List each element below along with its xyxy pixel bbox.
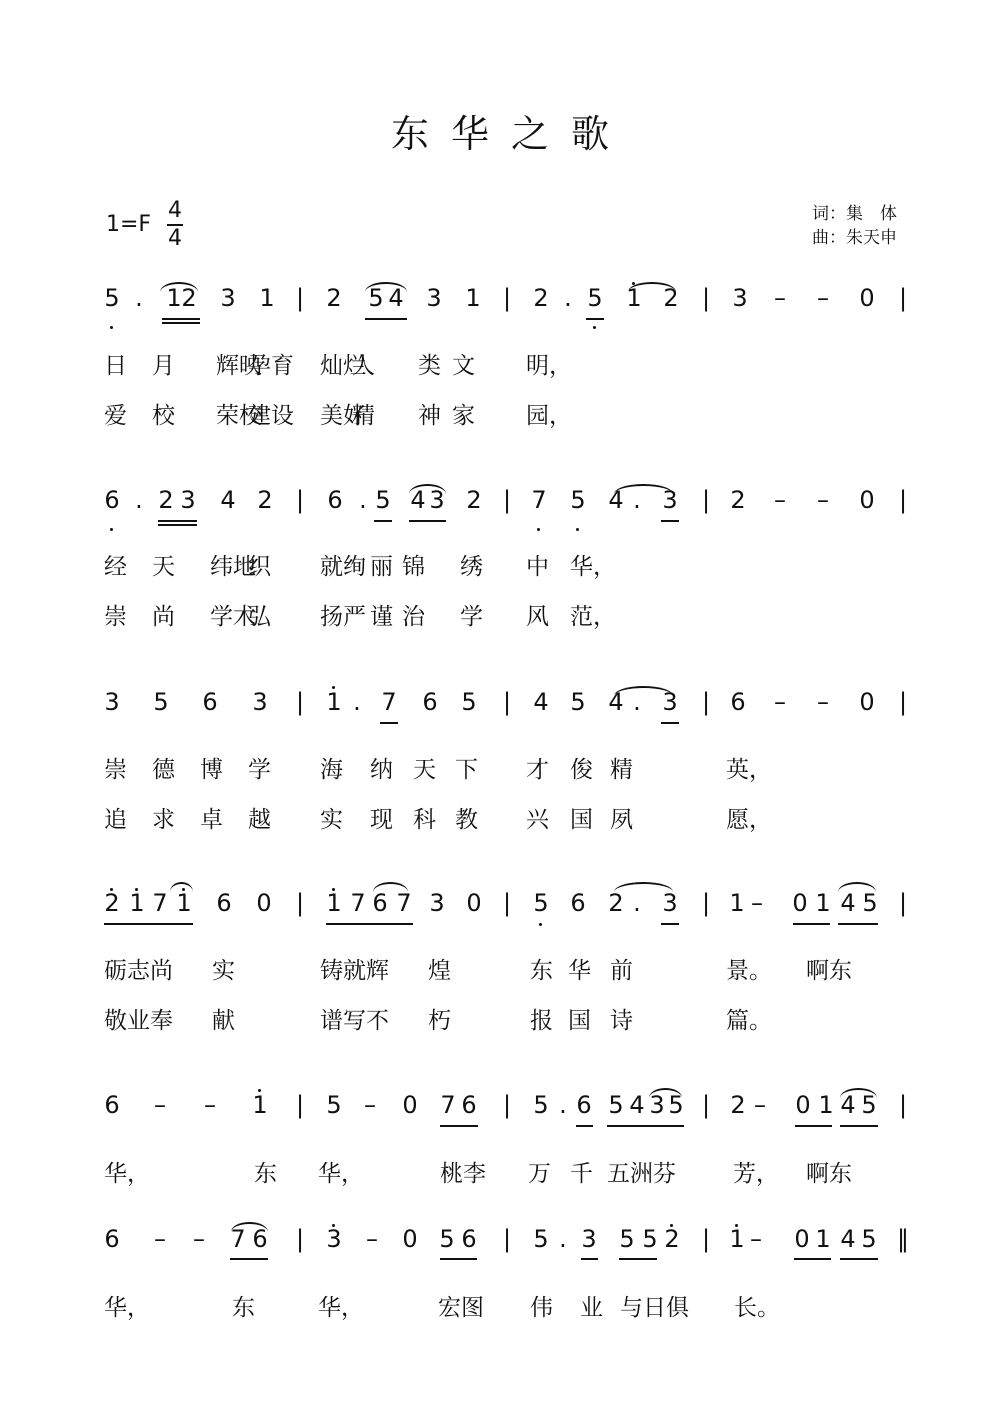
beam-underline xyxy=(661,520,679,522)
note: 1 xyxy=(818,1091,833,1119)
note: 3 xyxy=(732,284,747,312)
key-signature: 1=F xyxy=(106,212,151,237)
lyric-syllable: 愿， xyxy=(726,806,772,834)
lyric-syllable: 就绚 xyxy=(320,553,366,581)
lyric-syllable: 敬业奉 xyxy=(104,1007,173,1035)
beam-underline xyxy=(326,923,413,925)
octave-dot xyxy=(135,888,138,891)
slur xyxy=(840,1088,877,1098)
note: 7 xyxy=(350,889,365,917)
lyric-syllable: 朽 xyxy=(428,1007,451,1035)
lyric-syllable: 东 xyxy=(530,957,553,985)
beam-underline xyxy=(619,1258,657,1260)
note: 1 xyxy=(815,1225,830,1253)
note: 3 xyxy=(662,889,677,917)
note: 4 xyxy=(840,1225,855,1253)
note: 7 xyxy=(381,688,396,716)
beam-underline xyxy=(365,318,407,320)
lyric-syllable: 实 xyxy=(212,957,235,985)
note: 5 xyxy=(153,688,168,716)
note: 0 xyxy=(466,889,481,917)
lyric-syllable: 前 xyxy=(610,957,633,985)
barline: | xyxy=(702,1091,710,1119)
lyric-syllable: 爱 xyxy=(104,402,127,430)
lyric-syllable: 类 xyxy=(418,352,441,380)
note: 6 xyxy=(576,1091,591,1119)
note: 5 xyxy=(642,1225,657,1253)
lyric-syllable: 夙 xyxy=(610,806,633,834)
note: 6 xyxy=(104,1225,119,1253)
lyric-syllable: 越 xyxy=(248,806,271,834)
note: – xyxy=(154,1091,166,1119)
beam-underline xyxy=(104,923,193,925)
barline: | xyxy=(296,284,304,312)
note: 3 xyxy=(581,1225,596,1253)
lyric-syllable: 月 xyxy=(152,352,175,380)
slur xyxy=(614,882,673,892)
lyric-syllable: 天 xyxy=(413,756,436,784)
note: 2 xyxy=(730,1091,745,1119)
slur xyxy=(170,882,193,892)
note: 6 xyxy=(104,486,119,514)
barline: | xyxy=(702,889,710,917)
credits: 词：集 体 曲：朱天申 xyxy=(812,202,897,250)
time-signature: 4 4 xyxy=(167,198,183,252)
note: 7 xyxy=(440,1091,455,1119)
note: 0 xyxy=(794,1225,809,1253)
beam-underline xyxy=(374,520,392,522)
lyric-syllable: 芳， xyxy=(733,1160,779,1188)
note: . xyxy=(559,1091,567,1119)
note: 6 xyxy=(372,889,387,917)
note: 6 xyxy=(570,889,585,917)
beam-underline xyxy=(162,318,200,320)
lyric-syllable: 孕育 xyxy=(248,352,294,380)
slur xyxy=(838,882,876,892)
lyric-syllable: 国 xyxy=(570,806,593,834)
note: 7 xyxy=(152,889,167,917)
beam-underline xyxy=(586,318,604,320)
note: 3 xyxy=(252,688,267,716)
note: 2 xyxy=(730,486,745,514)
time-signature-bottom: 4 xyxy=(168,226,182,251)
note: 5 xyxy=(608,1091,623,1119)
octave-dot xyxy=(537,528,540,531)
beam-underline xyxy=(795,1125,832,1127)
note: 0 xyxy=(795,1091,810,1119)
note: 5 xyxy=(570,486,585,514)
note: 6 xyxy=(422,688,437,716)
note: 3 xyxy=(104,688,119,716)
barline: | xyxy=(702,1225,710,1253)
beam-underline xyxy=(840,1258,878,1260)
composer-credit: 曲：朱天申 xyxy=(812,226,897,250)
lyricist-credit: 词：集 体 xyxy=(812,202,897,226)
note: 6 xyxy=(461,1225,476,1253)
barline: | xyxy=(503,486,511,514)
lyric-syllable: 精 xyxy=(610,756,633,784)
octave-dot xyxy=(110,326,113,329)
slur xyxy=(231,1222,268,1232)
lyric-syllable: 谨 xyxy=(370,603,393,631)
note: 5 xyxy=(861,1225,876,1253)
lyric-syllable: 家 xyxy=(452,402,475,430)
lyric-syllable: 篇。 xyxy=(726,1007,772,1035)
lyric-syllable: 人 xyxy=(352,352,375,380)
lyric-syllable: 华， xyxy=(318,1160,364,1188)
lyric-syllable: 千 xyxy=(570,1160,593,1188)
note: – xyxy=(754,1091,766,1119)
note: – xyxy=(774,688,786,716)
note: 6 xyxy=(104,1091,119,1119)
note: 5 xyxy=(104,284,119,312)
lyric-syllable: 宏图 xyxy=(438,1294,484,1322)
lyric-syllable: 煌 xyxy=(428,957,451,985)
barline: | xyxy=(702,284,710,312)
note: – xyxy=(751,889,763,917)
lyric-syllable: 教 xyxy=(455,806,478,834)
note: 4 xyxy=(629,1091,644,1119)
note: 0 xyxy=(859,688,874,716)
lyric-syllable: 崇 xyxy=(104,756,127,784)
lyric-syllable: 神 xyxy=(418,402,441,430)
barline: | xyxy=(503,1091,511,1119)
note: 6 xyxy=(461,1091,476,1119)
lyric-syllable: 学 xyxy=(248,756,271,784)
time-signature-top: 4 xyxy=(168,198,182,223)
note: 0 xyxy=(256,889,271,917)
note: 1 xyxy=(729,1225,744,1253)
lyric-syllable: 景。 xyxy=(726,957,772,985)
note: 2 xyxy=(326,284,341,312)
lyric-syllable: 天 xyxy=(152,553,175,581)
note: – xyxy=(204,1091,216,1119)
lyric-syllable: 建设 xyxy=(248,402,294,430)
note: 0 xyxy=(859,284,874,312)
barline: | xyxy=(702,688,710,716)
note: 0 xyxy=(402,1225,417,1253)
beam-underline xyxy=(840,1125,878,1127)
lyric-syllable: 德 xyxy=(152,756,175,784)
note: 3 xyxy=(426,284,441,312)
lyric-syllable: 诗 xyxy=(610,1007,633,1035)
beam-underline xyxy=(661,923,679,925)
lyric-syllable: 华， xyxy=(570,553,616,581)
note: 3 xyxy=(429,889,444,917)
barline: | xyxy=(702,486,710,514)
beam-underline xyxy=(409,520,446,522)
lyric-syllable: 海 xyxy=(320,756,343,784)
note: – xyxy=(774,284,786,312)
octave-dot xyxy=(332,1224,335,1227)
note: – xyxy=(817,284,829,312)
note: 5 xyxy=(461,688,476,716)
lyric-syllable: 砺志尚 xyxy=(104,957,173,985)
note: – xyxy=(193,1225,205,1253)
lyric-syllable: 学 xyxy=(460,603,483,631)
lyric-syllable: 园， xyxy=(526,402,572,430)
barline: | xyxy=(296,889,304,917)
note: 6 xyxy=(327,486,342,514)
octave-dot xyxy=(110,888,113,891)
octave-dot xyxy=(576,528,579,531)
octave-dot xyxy=(332,686,335,689)
lyric-syllable: 五洲芬 xyxy=(607,1160,676,1188)
note: . xyxy=(135,284,143,312)
lyric-syllable: 崇 xyxy=(104,603,127,631)
lyric-syllable: 俊 xyxy=(570,756,593,784)
note: 2 xyxy=(466,486,481,514)
beam-underline xyxy=(440,1125,478,1127)
note: 1 xyxy=(176,889,191,917)
lyric-syllable: 中 xyxy=(526,553,549,581)
barline: | xyxy=(296,1225,304,1253)
note: 3 xyxy=(220,284,235,312)
beam-underline xyxy=(794,1258,831,1260)
octave-dot xyxy=(539,923,542,926)
beam-underline xyxy=(162,322,200,324)
note: . xyxy=(564,284,572,312)
barline: | xyxy=(899,284,907,312)
lyric-syllable: 啊东 xyxy=(806,957,852,985)
lyric-syllable: 华， xyxy=(104,1160,150,1188)
note: 1 xyxy=(252,1091,267,1119)
beam-underline xyxy=(607,1125,684,1127)
note: 1 xyxy=(815,889,830,917)
beam-underline xyxy=(576,1125,593,1127)
lyric-syllable: 才 xyxy=(526,756,549,784)
note: 4 xyxy=(533,688,548,716)
barline: | xyxy=(899,889,907,917)
note: – xyxy=(154,1225,166,1253)
note: 1 xyxy=(259,284,274,312)
lyric-syllable: 明， xyxy=(526,352,572,380)
note: 1 xyxy=(326,688,341,716)
lyric-syllable: 业 xyxy=(580,1294,603,1322)
beam-underline xyxy=(838,923,878,925)
lyric-syllable: 纳 xyxy=(370,756,393,784)
note: . xyxy=(359,486,367,514)
beam-underline xyxy=(158,520,197,522)
lyric-syllable: 博 xyxy=(200,756,223,784)
note: . xyxy=(559,1225,567,1253)
lyric-syllable: 报 xyxy=(530,1007,553,1035)
lyric-syllable: 弘 xyxy=(248,603,271,631)
lyric-syllable: 东 xyxy=(232,1294,255,1322)
note: 3 xyxy=(180,486,195,514)
note: 1 xyxy=(326,889,341,917)
lyric-syllable: 织 xyxy=(248,553,271,581)
lyric-syllable: 风 xyxy=(526,603,549,631)
note: 5 xyxy=(533,1225,548,1253)
lyric-syllable: 精 xyxy=(352,402,375,430)
lyric-syllable: 铸就辉 xyxy=(320,957,389,985)
barline: | xyxy=(296,688,304,716)
note: 4 xyxy=(840,889,855,917)
note: 0 xyxy=(859,486,874,514)
lyric-syllable: 现 xyxy=(370,806,393,834)
octave-dot xyxy=(670,1224,673,1227)
note: – xyxy=(774,486,786,514)
lyric-syllable: 经 xyxy=(104,553,127,581)
lyric-syllable: 与日俱 xyxy=(620,1294,689,1322)
note: 5 xyxy=(326,1091,341,1119)
note: 4 xyxy=(220,486,235,514)
note: 2 xyxy=(104,889,119,917)
note: 2 xyxy=(608,889,623,917)
note: . xyxy=(633,889,641,917)
note: 5 xyxy=(375,486,390,514)
barline: | xyxy=(296,486,304,514)
lyric-syllable: 求 xyxy=(152,806,175,834)
lyric-syllable: 校 xyxy=(152,402,175,430)
barline: | xyxy=(899,1091,907,1119)
barline: | xyxy=(899,688,907,716)
note: – xyxy=(750,1225,762,1253)
note: 2 xyxy=(664,1225,679,1253)
lyric-syllable: 华， xyxy=(318,1294,364,1322)
barline: | xyxy=(899,486,907,514)
note: 2 xyxy=(158,486,173,514)
octave-dot xyxy=(332,888,335,891)
slur xyxy=(373,882,408,892)
lyric-syllable: 实 xyxy=(320,806,343,834)
slur xyxy=(649,1088,682,1098)
lyric-syllable: 绣 xyxy=(460,553,483,581)
octave-dot xyxy=(110,528,113,531)
octave-dot xyxy=(258,1089,261,1092)
note: – xyxy=(817,486,829,514)
barline: | xyxy=(503,284,511,312)
beam-underline xyxy=(380,722,398,724)
lyric-syllable: 英， xyxy=(726,756,772,784)
lyric-syllable: 华 xyxy=(568,957,591,985)
note: – xyxy=(364,1091,376,1119)
beam-underline xyxy=(793,923,830,925)
note: 2 xyxy=(533,284,548,312)
lyric-syllable: 治 xyxy=(402,603,425,631)
note: 1 xyxy=(465,284,480,312)
note: 5 xyxy=(862,889,877,917)
note: 6 xyxy=(730,688,745,716)
beam-underline xyxy=(581,1258,598,1260)
lyric-syllable: 伟 xyxy=(530,1294,553,1322)
octave-dot xyxy=(735,1224,738,1227)
note: 2 xyxy=(257,486,272,514)
octave-dot xyxy=(593,326,596,329)
note: 7 xyxy=(396,889,411,917)
barline: | xyxy=(503,688,511,716)
note: 6 xyxy=(216,889,231,917)
lyric-syllable: 兴 xyxy=(526,806,549,834)
lyric-syllable: 桃李 xyxy=(440,1160,486,1188)
lyric-syllable: 追 xyxy=(104,806,127,834)
note: – xyxy=(366,1225,378,1253)
note: 5 xyxy=(570,688,585,716)
note: 1 xyxy=(129,889,144,917)
barline: | xyxy=(296,1091,304,1119)
beam-underline xyxy=(158,524,197,526)
barline: | xyxy=(503,889,511,917)
lyric-syllable: 卓 xyxy=(200,806,223,834)
note: 5 xyxy=(533,889,548,917)
lyric-syllable: 万 xyxy=(528,1160,551,1188)
note: – xyxy=(817,688,829,716)
lyric-syllable: 科 xyxy=(413,806,436,834)
lyric-syllable: 献 xyxy=(212,1007,235,1035)
lyric-syllable: 华， xyxy=(104,1294,150,1322)
lyric-syllable: 啊东 xyxy=(806,1160,852,1188)
lyric-syllable: 范， xyxy=(570,603,616,631)
song-title: 东华之歌 xyxy=(0,103,1000,158)
lyric-syllable: 尚 xyxy=(152,603,175,631)
lyric-syllable: 下 xyxy=(455,756,478,784)
note: 5 xyxy=(619,1225,634,1253)
note: 5 xyxy=(587,284,602,312)
note: 0 xyxy=(402,1091,417,1119)
note: 1 xyxy=(729,889,744,917)
note: 5 xyxy=(533,1091,548,1119)
lyric-syllable: 锦 xyxy=(402,553,425,581)
lyric-syllable: 日 xyxy=(104,352,127,380)
lyric-syllable: 国 xyxy=(568,1007,591,1035)
note: 6 xyxy=(202,688,217,716)
beam-underline xyxy=(440,1258,477,1260)
note: . xyxy=(353,688,361,716)
note: 5 xyxy=(439,1225,454,1253)
note: 7 xyxy=(531,486,546,514)
lyric-syllable: 扬严 xyxy=(320,603,366,631)
lyric-syllable: 长。 xyxy=(734,1294,780,1322)
beam-underline xyxy=(230,1258,268,1260)
lyric-syllable: 丽 xyxy=(370,553,393,581)
beam-underline xyxy=(661,722,679,724)
barline: | xyxy=(503,1225,511,1253)
lyric-syllable: 文 xyxy=(452,352,475,380)
note: 3 xyxy=(326,1225,341,1253)
note: 0 xyxy=(792,889,807,917)
barline: ‖ xyxy=(897,1225,909,1253)
lyric-syllable: 东 xyxy=(254,1160,277,1188)
note: . xyxy=(135,486,143,514)
lyric-syllable: 谱写不 xyxy=(320,1007,389,1035)
